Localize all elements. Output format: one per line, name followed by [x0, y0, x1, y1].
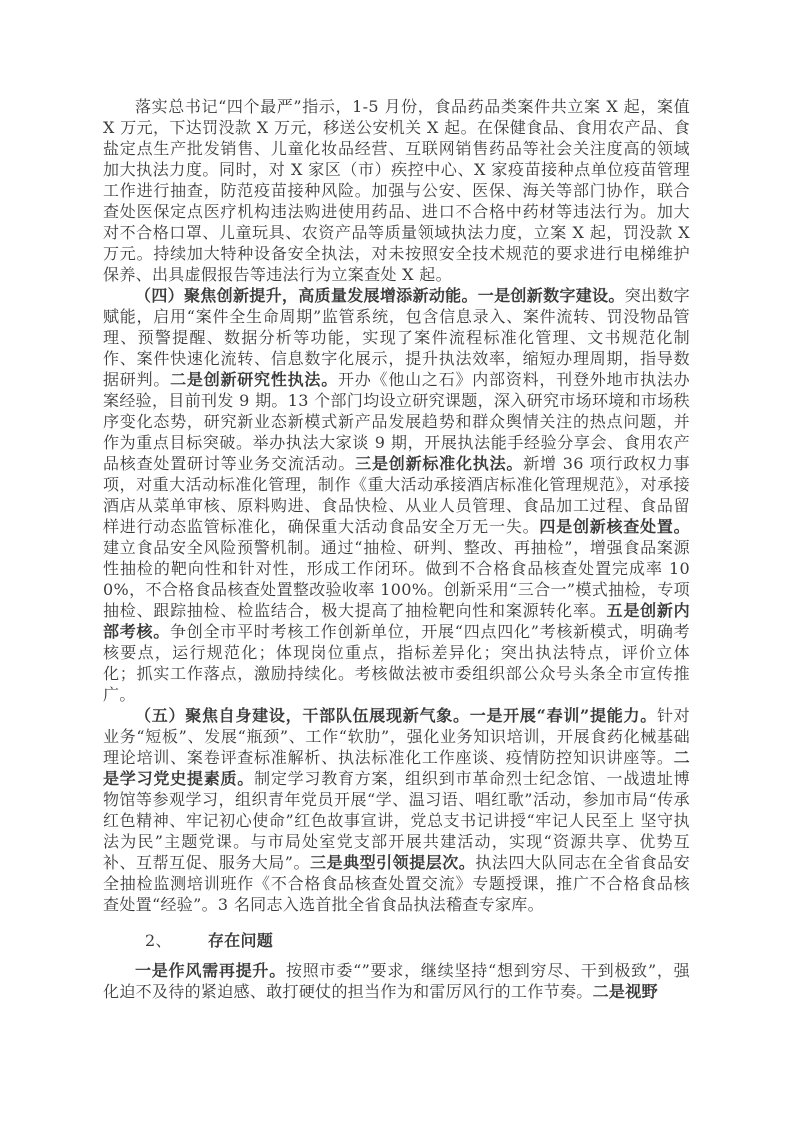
text-run: 落实总书记“四个最严”指示，1-5 月份，食品药品类案件共立案 X 起，案值 X… — [103, 97, 690, 284]
text-run: （五）聚焦自身建设，干部队伍展现新气象。一是开展“春训”提能力。 — [135, 706, 657, 725]
document-body: 落实总书记“四个最严”指示，1-5 月份，食品药品类案件共立案 X 起，案值 X… — [0, 0, 793, 1002]
paragraph: 一是作风需再提升。按照市委“”要求，继续坚持“想到穷尽、干到极致”，强化迫不及待… — [103, 960, 690, 1002]
text-run: 一是作风需再提升。 — [135, 961, 286, 980]
text-run: 二是视野 — [593, 982, 658, 1001]
section-heading: 2、存在问题 — [103, 930, 690, 951]
paragraph: （五）聚焦自身建设，干部队伍展现新气象。一是开展“春训”提能力。针对业务“短板”… — [103, 705, 690, 915]
text-run: 三是典型引领提层次。 — [310, 853, 475, 872]
text-run: （四）聚焦创新提升，高质量发展增添新动能。一是创新数字建设。 — [135, 286, 625, 305]
text-run: 二是创新研究性执法。 — [170, 370, 338, 389]
text-run: 四是创新核查处置。 — [539, 517, 690, 536]
text-run: 三是创新标准化执法。 — [355, 454, 523, 473]
text-run: 争创全市平时考核工作创新单位，开展“四点四化”考核新模式，明确考核要点，运行规范… — [103, 622, 690, 704]
document-page: 落实总书记“四个最严”指示，1-5 月份，食品药品类案件共立案 X 起，案值 X… — [0, 0, 793, 1122]
text-run: 存在问题 — [208, 931, 273, 950]
paragraph: （四）聚焦创新提升，高质量发展增添新动能。一是创新数字建设。突出数字赋能，启用“… — [103, 285, 690, 705]
text-run: 建立食品安全风险预警机制。通过“抽检、研判、整改、再抽检”，增强食品案源性抽检的… — [103, 538, 690, 620]
paragraph: 落实总书记“四个最严”指示，1-5 月份，食品药品类案件共立案 X 起，案值 X… — [103, 96, 690, 285]
text-run: 2、 — [145, 931, 172, 950]
